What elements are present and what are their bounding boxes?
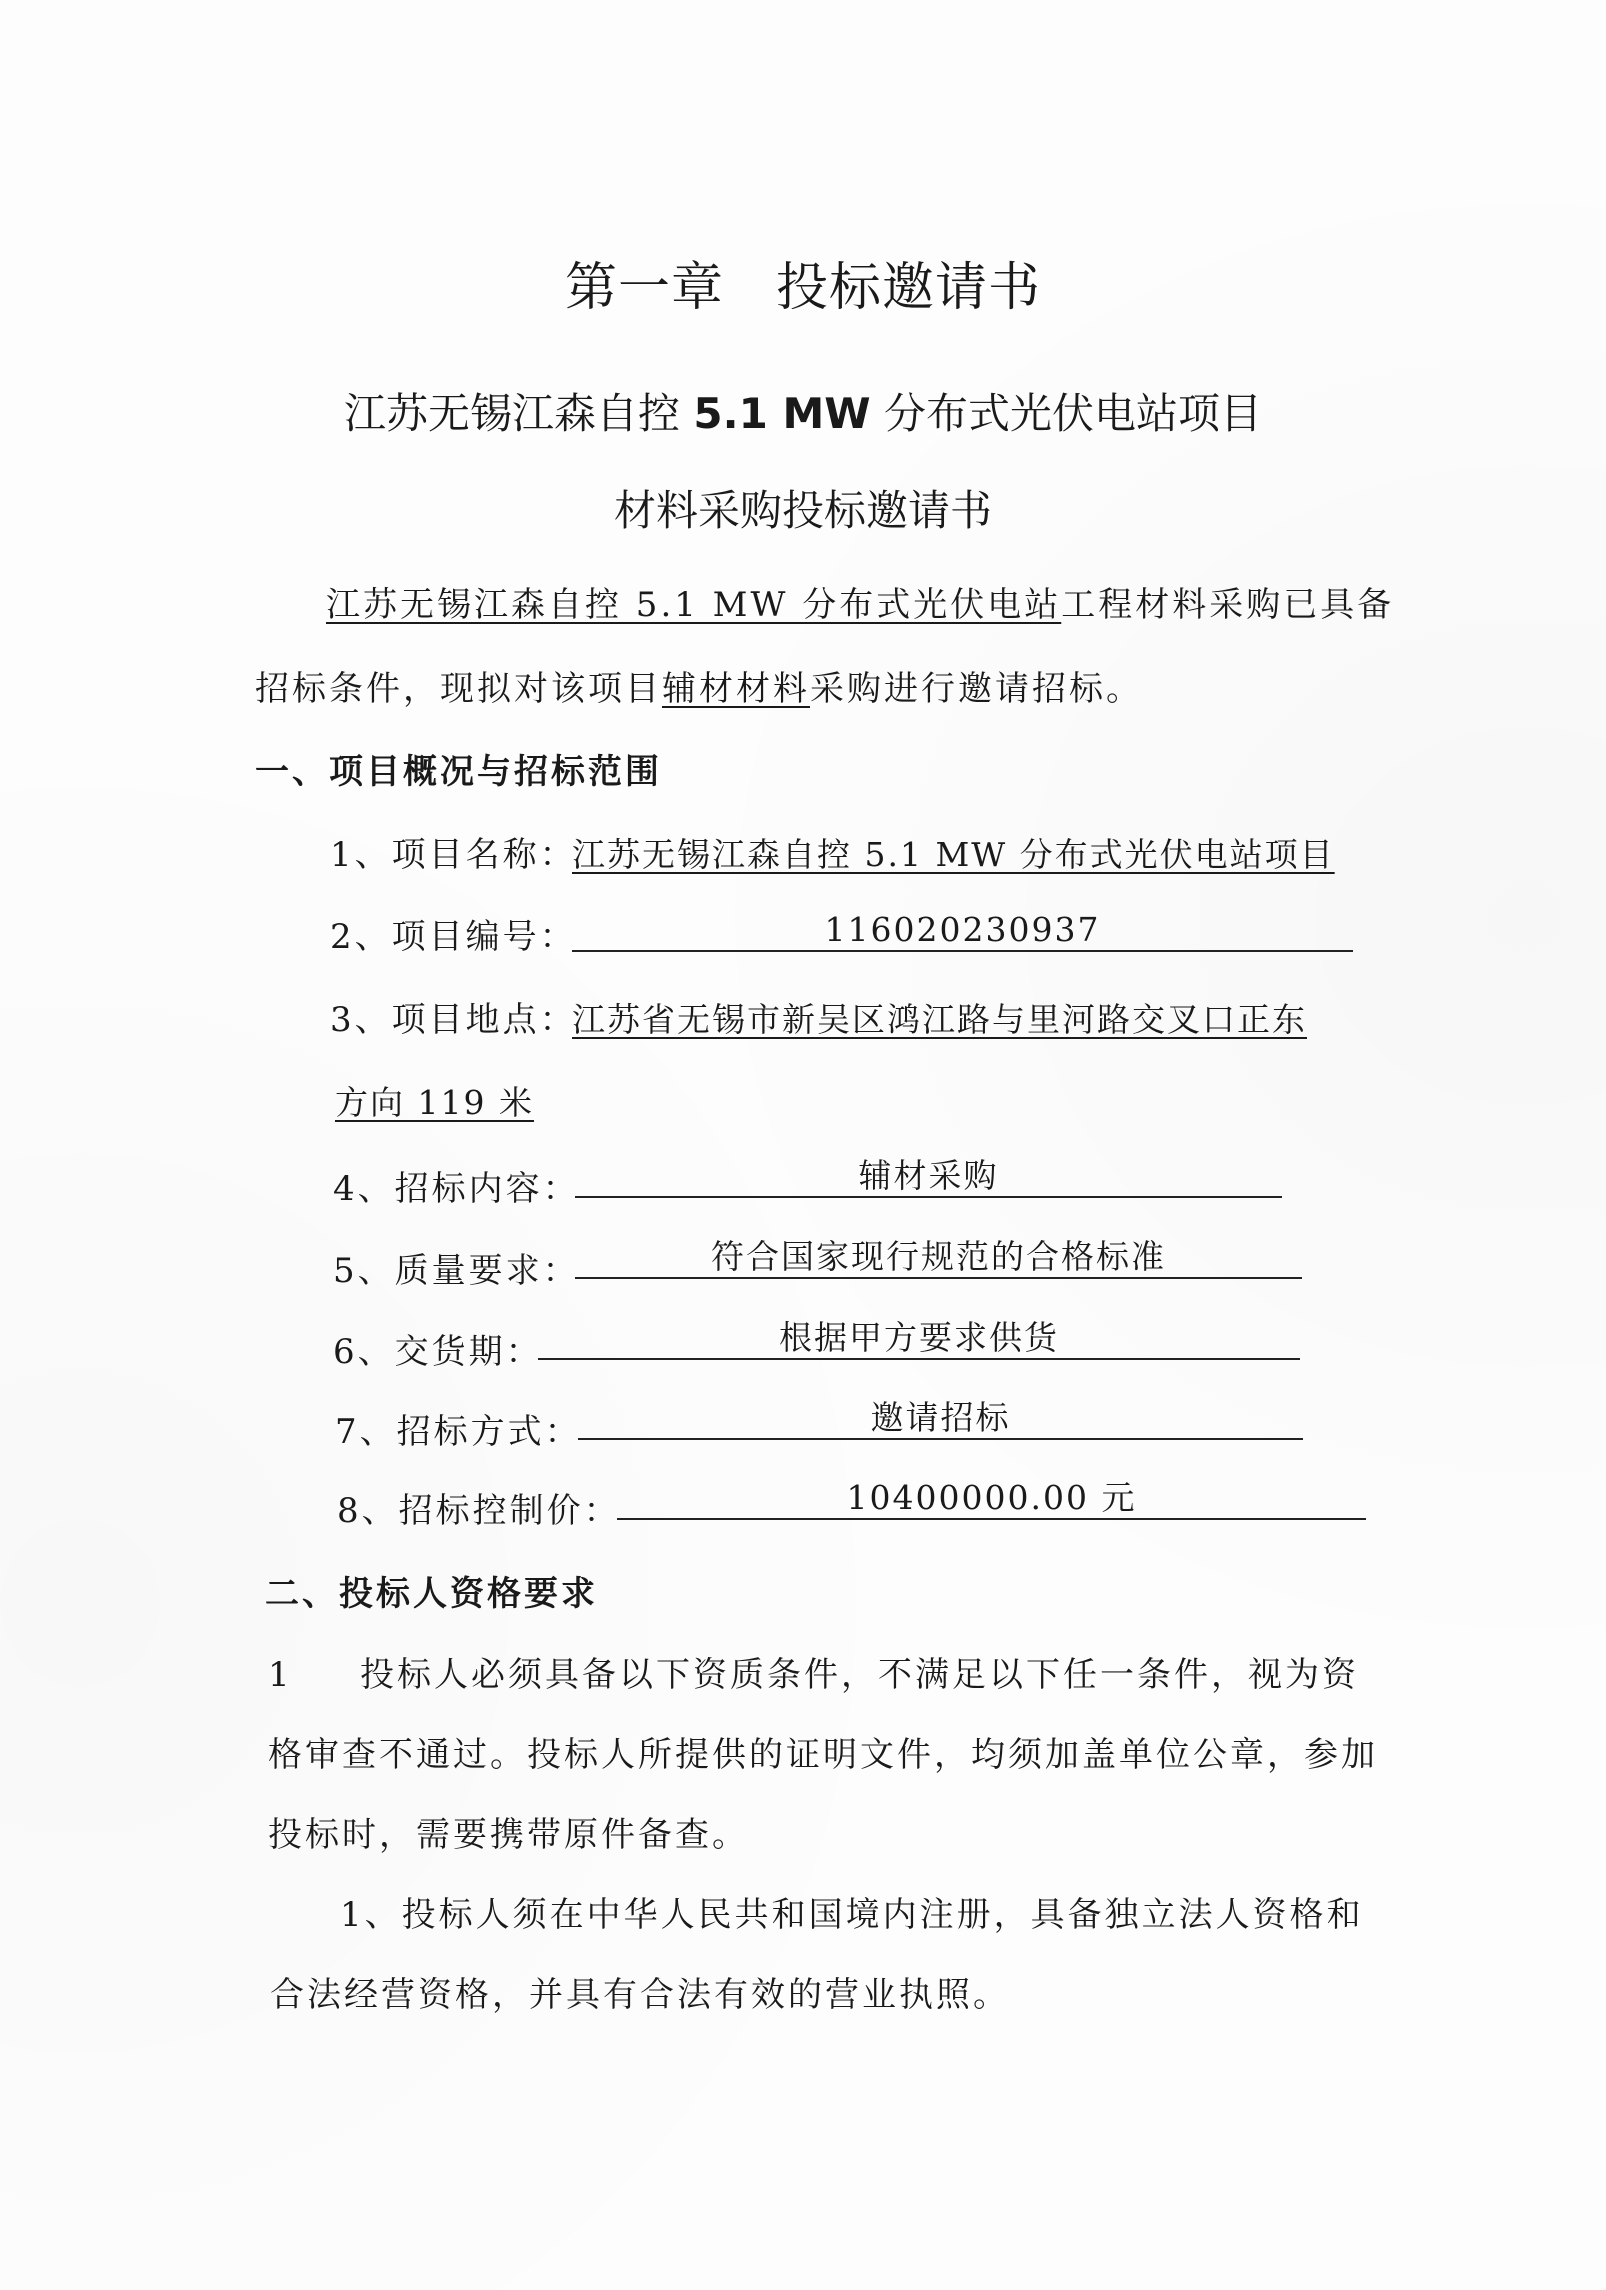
section2-para1-line1: 投标人必须具备以下资质条件，不满足以下任一条件，视为资 [360, 1658, 1359, 1692]
section1-heading: 一、项目概况与招标范围 [255, 755, 662, 789]
intro-line1-rest: 工程材料采购已具备 [1061, 585, 1394, 625]
item-quality-label: 5、质量要求： [333, 1254, 580, 1288]
project-subtitle: 江苏无锡江森自控 5.1 MW 分布式光伏电站项目 [0, 393, 1606, 435]
item-quality-value: 符合国家现行规范的合格标准 [575, 1237, 1302, 1279]
intro-line2-post: 采购进行邀请招标。 [810, 669, 1143, 709]
section2-para1-line3: 投标时，需要携带原件备查。 [268, 1818, 749, 1852]
chapter-name: 投标邀请书 [776, 258, 1041, 318]
chapter-title: 第一章投标邀请书 [0, 262, 1606, 314]
item-bid-content-value: 辅材采购 [575, 1156, 1282, 1198]
chapter-number: 第一章 [565, 258, 724, 318]
intro-material-type: 辅材材料 [662, 669, 810, 709]
item-project-location-value-cont: 方向 119 米 [335, 1086, 534, 1119]
intro-line2-pre: 招标条件，现拟对该项目 [255, 669, 662, 709]
section2-item1-line1: 1、投标人须在中华人民共和国境内注册，具备独立法人资格和 [340, 1898, 1364, 1932]
item-project-number-value: 116020230937 [572, 910, 1353, 952]
item-control-price-label: 8、招标控制价： [337, 1494, 621, 1528]
subtitle-pre: 江苏无锡江森自控 [344, 389, 680, 438]
item-project-name-value: 江苏无锡江森自控 5.1 MW 分布式光伏电站项目 [572, 838, 1335, 871]
section2-para1-number: 1 [268, 1658, 293, 1692]
item-bid-content-label: 4、招标内容： [333, 1172, 580, 1206]
section2-heading: 二、投标人资格要求 [265, 1577, 598, 1611]
subtitle-capacity: 5.1 MW [693, 389, 870, 438]
subtitle-post: 分布式光伏电站项目 [884, 389, 1262, 438]
intro-project-name: 江苏无锡江森自控 5.1 MW 分布式光伏电站 [326, 585, 1061, 625]
section2-item1-line2: 合法经营资格，并具有合法有效的营业执照。 [270, 1978, 1010, 2012]
document-page: 第一章投标邀请书 江苏无锡江森自控 5.1 MW 分布式光伏电站项目 材料采购投… [0, 0, 1606, 2290]
item-project-name-label: 1、项目名称： [330, 838, 577, 872]
item-delivery-label: 6、交货期： [333, 1335, 543, 1369]
intro-line-1: 江苏无锡江森自控 5.1 MW 分布式光伏电站工程材料采购已具备 [326, 588, 1394, 622]
item-bid-method-value: 邀请招标 [578, 1398, 1303, 1440]
item-project-location-value: 江苏省无锡市新吴区鸿江路与里河路交叉口正东 [572, 1003, 1307, 1036]
item-control-price-value: 10400000.00 元 [617, 1478, 1366, 1520]
subtitle-line2: 材料采购投标邀请书 [0, 490, 1606, 532]
item-bid-method-label: 7、招标方式： [335, 1415, 582, 1449]
item-delivery-value: 根据甲方要求供货 [538, 1318, 1300, 1360]
item-project-number-label: 2、项目编号： [330, 920, 577, 954]
section2-para1-line2: 格审查不通过。投标人所提供的证明文件，均须加盖单位公章，参加 [268, 1738, 1378, 1772]
item-project-location-label: 3、项目地点： [330, 1003, 577, 1037]
intro-line-2: 招标条件，现拟对该项目辅材材料采购进行邀请招标。 [255, 672, 1143, 706]
